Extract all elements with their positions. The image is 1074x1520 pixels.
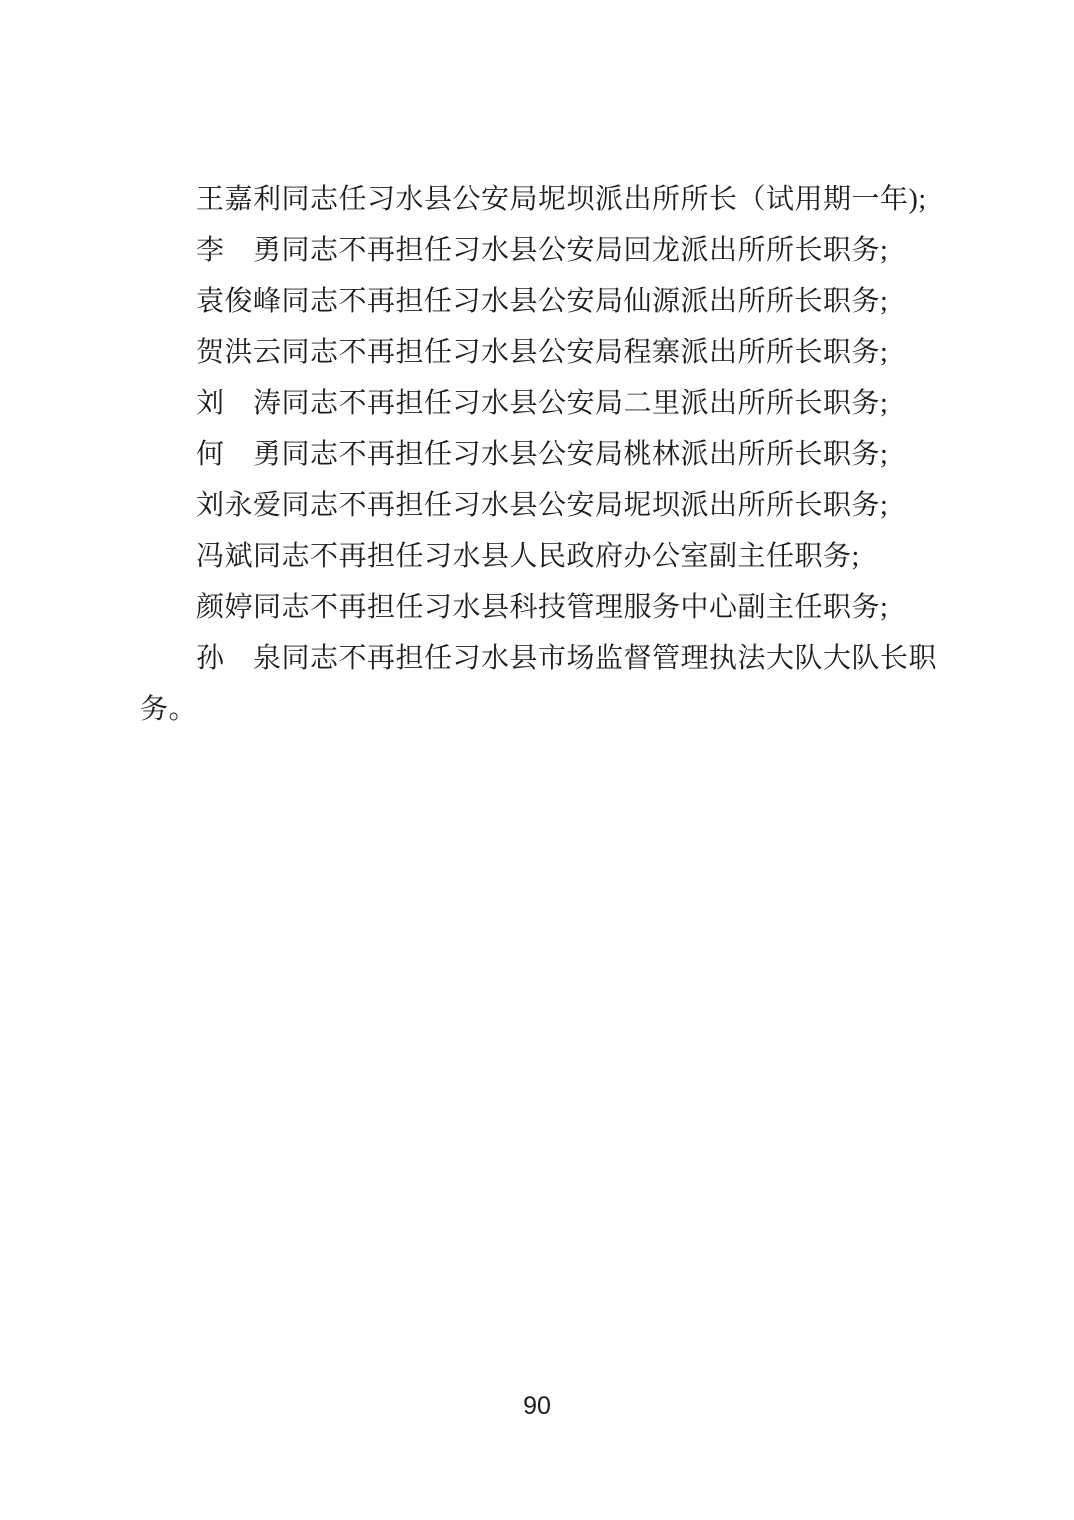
document-line-5: 刘 涛同志不再担任习水县公安局二里派出所所长职务; — [140, 378, 950, 429]
document-line-6: 何 勇同志不再担任习水县公安局桃林派出所所长职务; — [140, 429, 950, 480]
document-line-9: 颜婷同志不再担任习水县科技管理服务中心副主任职务; — [140, 582, 950, 633]
document-line-2: 李 勇同志不再担任习水县公安局回龙派出所所长职务; — [140, 225, 950, 276]
document-line-8: 冯斌同志不再担任习水县人民政府办公室副主任职务; — [140, 531, 950, 582]
document-text-block: 王嘉利同志任习水县公安局坭坝派出所所长（试用期一年); 李 勇同志不再担任习水县… — [140, 174, 950, 735]
document-line-10: 孙 泉同志不再担任习水县市场监督管理执法大队大队长职 — [140, 633, 950, 684]
document-page: 王嘉利同志任习水县公安局坭坝派出所所长（试用期一年); 李 勇同志不再担任习水县… — [0, 0, 1074, 1520]
page-number: 90 — [0, 1392, 1074, 1421]
document-line-1: 王嘉利同志任习水县公安局坭坝派出所所长（试用期一年); — [140, 174, 950, 225]
document-line-4: 贺洪云同志不再担任习水县公安局程寨派出所所长职务; — [140, 327, 950, 378]
document-line-7: 刘永爱同志不再担任习水县公安局坭坝派出所所长职务; — [140, 480, 950, 531]
document-line-11: 务。 — [140, 684, 950, 735]
document-line-3: 袁俊峰同志不再担任习水县公安局仙源派出所所长职务; — [140, 276, 950, 327]
